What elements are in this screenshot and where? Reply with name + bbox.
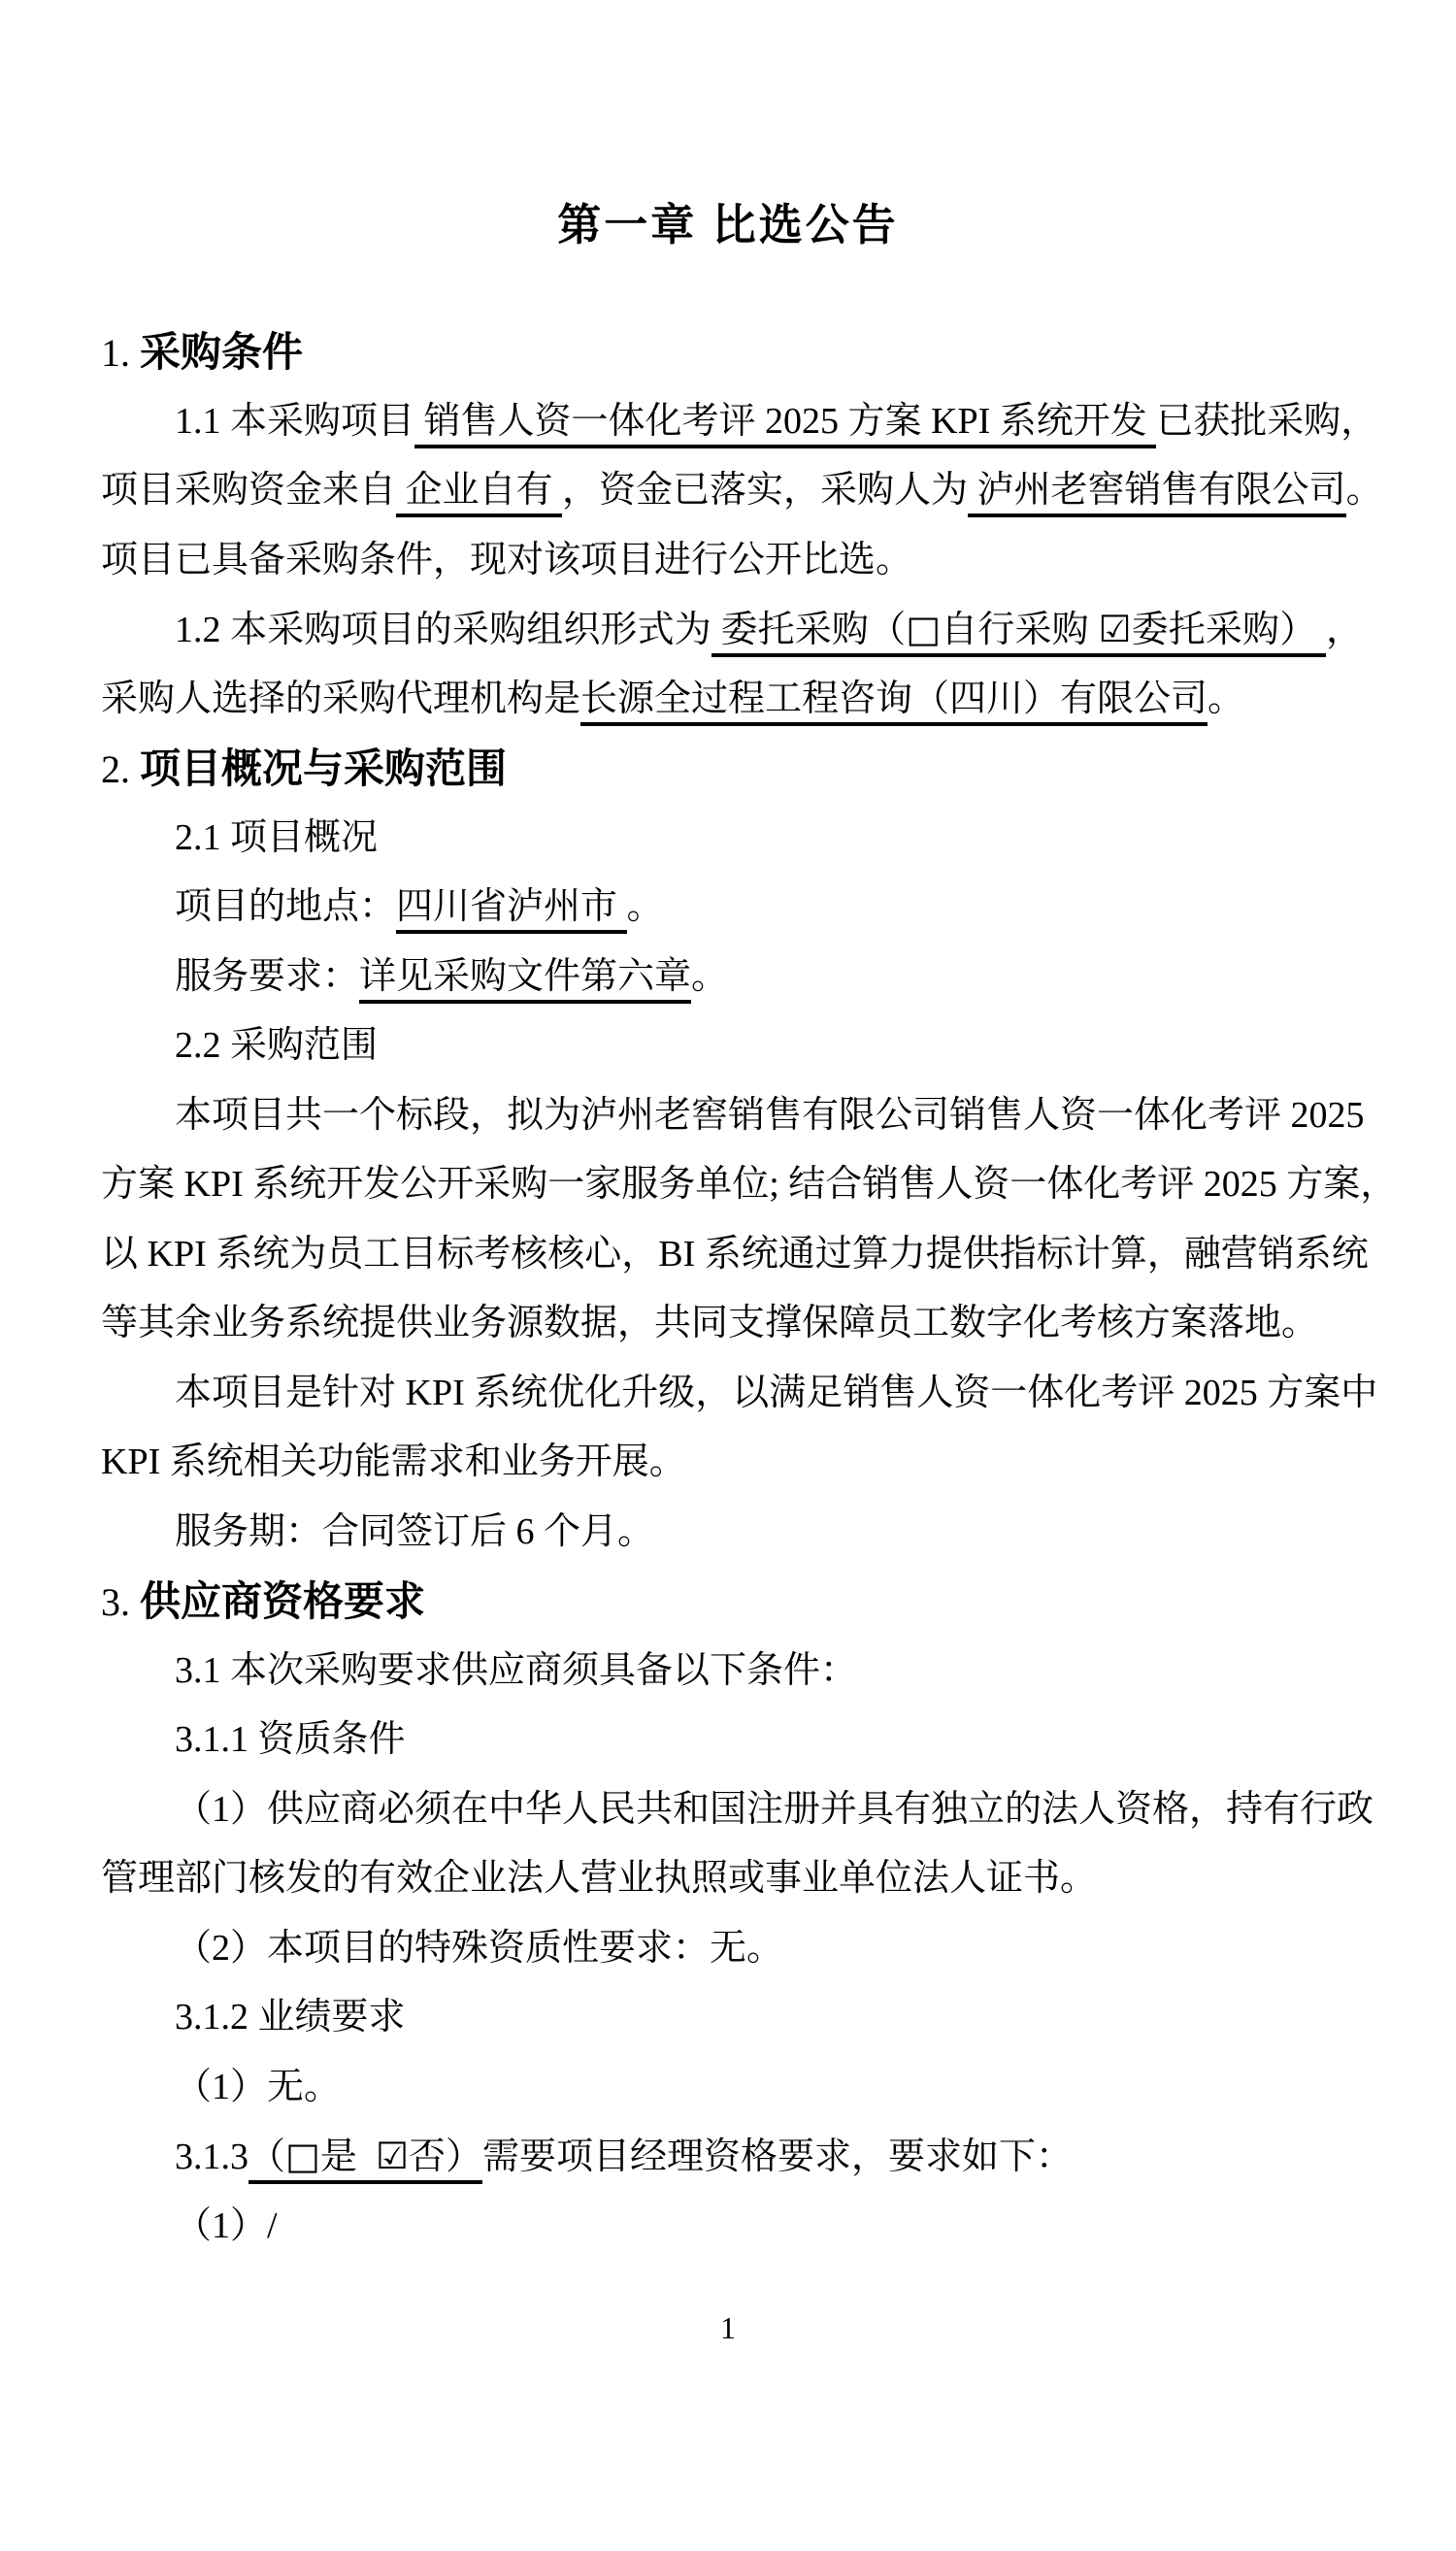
line-service-period: 服务期：合同签订后 6 个月。 — [101, 1498, 1363, 1568]
line-3-1-2: 3.1.2 业绩要求 — [101, 1983, 1363, 2053]
line-scope-b: 方案 KPI 系统开发公开采购一家服务单位; 结合销售人资一体化考评 2025 … — [101, 1150, 1363, 1220]
line-2-1: 2.1 项目概况 — [101, 804, 1363, 874]
text-segment: 管理部门核发的有效企业法人营业执照或事业单位法人证书。 — [101, 1858, 1097, 1899]
chapter-title: 第一章 比选公告 — [0, 200, 1456, 250]
underlined-field: 详见采购文件第六章 — [359, 956, 691, 1004]
line-3-1: 3.1 本次采购要求供应商须具备以下条件： — [101, 1637, 1363, 1706]
text-segment: 2.1 项目概况 — [175, 817, 378, 858]
section-heading-3: 3. 供应商资格要求 — [101, 1567, 1363, 1637]
text-segment: 方案 KPI 系统开发公开采购一家服务单位; 结合销售人资一体化考评 2025 … — [101, 1164, 1397, 1205]
text-segment: 。 — [627, 886, 664, 927]
line-scope-f: KPI 系统相关功能需求和业务开展。 — [101, 1428, 1363, 1498]
text-segment: 2. — [101, 747, 140, 791]
line-scope-e: 本项目是针对 KPI 系统优化升级，以满足销售人资一体化考评 2025 方案中 — [101, 1359, 1363, 1429]
text-segment: 服务要求： — [175, 956, 359, 997]
section-heading-1: 1. 采购条件 — [101, 317, 1363, 387]
checkbox-unchecked-icon: □ — [285, 2135, 320, 2177]
checkbox-checked-icon: ☑ — [376, 2135, 409, 2177]
line-performance: （1）无。 — [101, 2053, 1363, 2123]
text-segment: 服务期：合同签订后 6 个月。 — [175, 1511, 654, 1552]
text-segment: 以 KPI 系统为员工目标考核核心，BI 系统通过算力提供指标计算，融营销系统 — [101, 1234, 1369, 1275]
line-1-1-b: 项目采购资金来自 企业自有 ，资金已落实，采购人为 泸州老窖销售有限公司。 — [101, 456, 1363, 526]
line-service-requirement: 服务要求：详见采购文件第六章。 — [101, 943, 1363, 1012]
document-page: 第一章 比选公告 1. 采购条件1.1 本采购项目 销售人资一体化考评 2025… — [0, 0, 1456, 2551]
line-1-2-a: 1.2 本采购项目的采购组织形式为 委托采购（□自行采购 ☑委托采购） ， — [101, 595, 1363, 665]
underlined-field: 长源全过程工程咨询（四川）有限公司 — [580, 679, 1208, 726]
text-segment: 1.1 本采购项目 — [175, 401, 414, 442]
underlined-field: 四川省泸州市 — [396, 886, 627, 934]
line-1-1-c: 项目已具备采购条件，现对该项目进行公开比选。 — [101, 526, 1363, 596]
line-pm-requirement: （1）/ — [101, 2192, 1363, 2262]
checkbox-unchecked-icon: □ — [906, 608, 941, 650]
text-segment: 等其余业务系统提供业务源数据，共同支撑保障员工数字化考核方案落地。 — [101, 1303, 1318, 1343]
text-segment: 3.1 本次采购要求供应商须具备以下条件： — [175, 1650, 857, 1691]
section-heading-2: 2. 项目概况与采购范围 — [101, 734, 1363, 804]
text-segment: 项目采购资金来自 — [101, 470, 396, 511]
text-segment: （2）本项目的特殊资质性要求：无。 — [175, 1928, 783, 1969]
text-segment: 需要项目经理资格要求，要求如下： — [482, 2137, 1073, 2177]
text-segment: 3.1.2 业绩要求 — [175, 1997, 406, 2037]
line-3-1-1: 3.1.1 资质条件 — [101, 1706, 1363, 1775]
text-segment: 1. — [101, 331, 140, 375]
text-segment: 采购条件 — [140, 329, 303, 375]
text-segment: 采购人选择的采购代理机构是 — [101, 679, 580, 719]
text-segment: 2.2 采购范围 — [175, 1025, 378, 1066]
text-segment: 本项目是针对 KPI 系统优化升级，以满足销售人资一体化考评 2025 方案中 — [175, 1373, 1377, 1413]
page-number: 1 — [0, 2310, 1456, 2345]
line-scope-a: 本项目共一个标段，拟为泸州老窖销售有限公司销售人资一体化考评 2025 — [101, 1081, 1363, 1151]
text-segment: 3. — [101, 1580, 140, 1624]
text-segment: 已获批采购， — [1156, 401, 1377, 442]
line-qualification-c: （2）本项目的特殊资质性要求：无。 — [101, 1914, 1363, 1984]
text-segment: 项目已具备采购条件，现对该项目进行公开比选。 — [101, 540, 912, 580]
text-segment: KPI 系统相关功能需求和业务开展。 — [101, 1441, 686, 1482]
text-segment: 供应商资格要求 — [140, 1578, 425, 1624]
text-segment: （1）无。 — [175, 2067, 341, 2107]
line-scope-d: 等其余业务系统提供业务源数据，共同支撑保障员工数字化考核方案落地。 — [101, 1289, 1363, 1359]
line-project-location: 项目的地点：四川省泸州市 。 — [101, 873, 1363, 943]
text-segment: 。 — [1346, 470, 1383, 511]
text-segment: 。 — [691, 956, 728, 997]
underlined-field: 委托采购（□自行采购 ☑委托采购） — [711, 610, 1326, 657]
line-3-1-3: 3.1.3（□是 ☑否）需要项目经理资格要求，要求如下： — [101, 2122, 1363, 2192]
line-2-2: 2.2 采购范围 — [101, 1011, 1363, 1081]
text-segment: （1）/ — [175, 2205, 278, 2246]
text-segment: 本项目共一个标段，拟为泸州老窖销售有限公司销售人资一体化考评 2025 — [175, 1095, 1365, 1136]
line-qualification-b: 管理部门核发的有效企业法人营业执照或事业单位法人证书。 — [101, 1844, 1363, 1914]
underlined-field: 企业自有 — [396, 470, 562, 517]
text-segment: 项目的地点： — [175, 886, 396, 927]
text-segment: 3.1.1 资质条件 — [175, 1719, 406, 1760]
underlined-field: 销售人资一体化考评 2025 方案 KPI 系统开发 — [414, 401, 1156, 448]
text-segment: 3.1.3 — [175, 2137, 248, 2177]
text-segment: 。 — [1208, 679, 1244, 719]
text-segment: 项目概况与采购范围 — [140, 745, 507, 791]
line-1-2-b: 采购人选择的采购代理机构是长源全过程工程咨询（四川）有限公司。 — [101, 665, 1363, 735]
text-segment: （1）供应商必须在中华人民共和国注册并具有独立的法人资格，持有行政 — [175, 1789, 1373, 1830]
document-body: 1. 采购条件1.1 本采购项目 销售人资一体化考评 2025 方案 KPI 系… — [101, 317, 1363, 2261]
checkbox-checked-icon: ☑ — [1098, 608, 1131, 650]
line-qualification-a: （1）供应商必须在中华人民共和国注册并具有独立的法人资格，持有行政 — [101, 1775, 1363, 1845]
text-segment: 1.2 本采购项目的采购组织形式为 — [175, 610, 711, 650]
underlined-field: 泸州老窖销售有限公司 — [968, 470, 1346, 517]
line-1-1-a: 1.1 本采购项目 销售人资一体化考评 2025 方案 KPI 系统开发 已获批… — [101, 387, 1363, 457]
text-segment: ，资金已落实，采购人为 — [562, 470, 968, 511]
line-scope-c: 以 KPI 系统为员工目标考核核心，BI 系统通过算力提供指标计算，融营销系统 — [101, 1220, 1363, 1290]
text-segment: ， — [1326, 610, 1363, 650]
underlined-field: （□是 ☑否） — [248, 2137, 482, 2184]
